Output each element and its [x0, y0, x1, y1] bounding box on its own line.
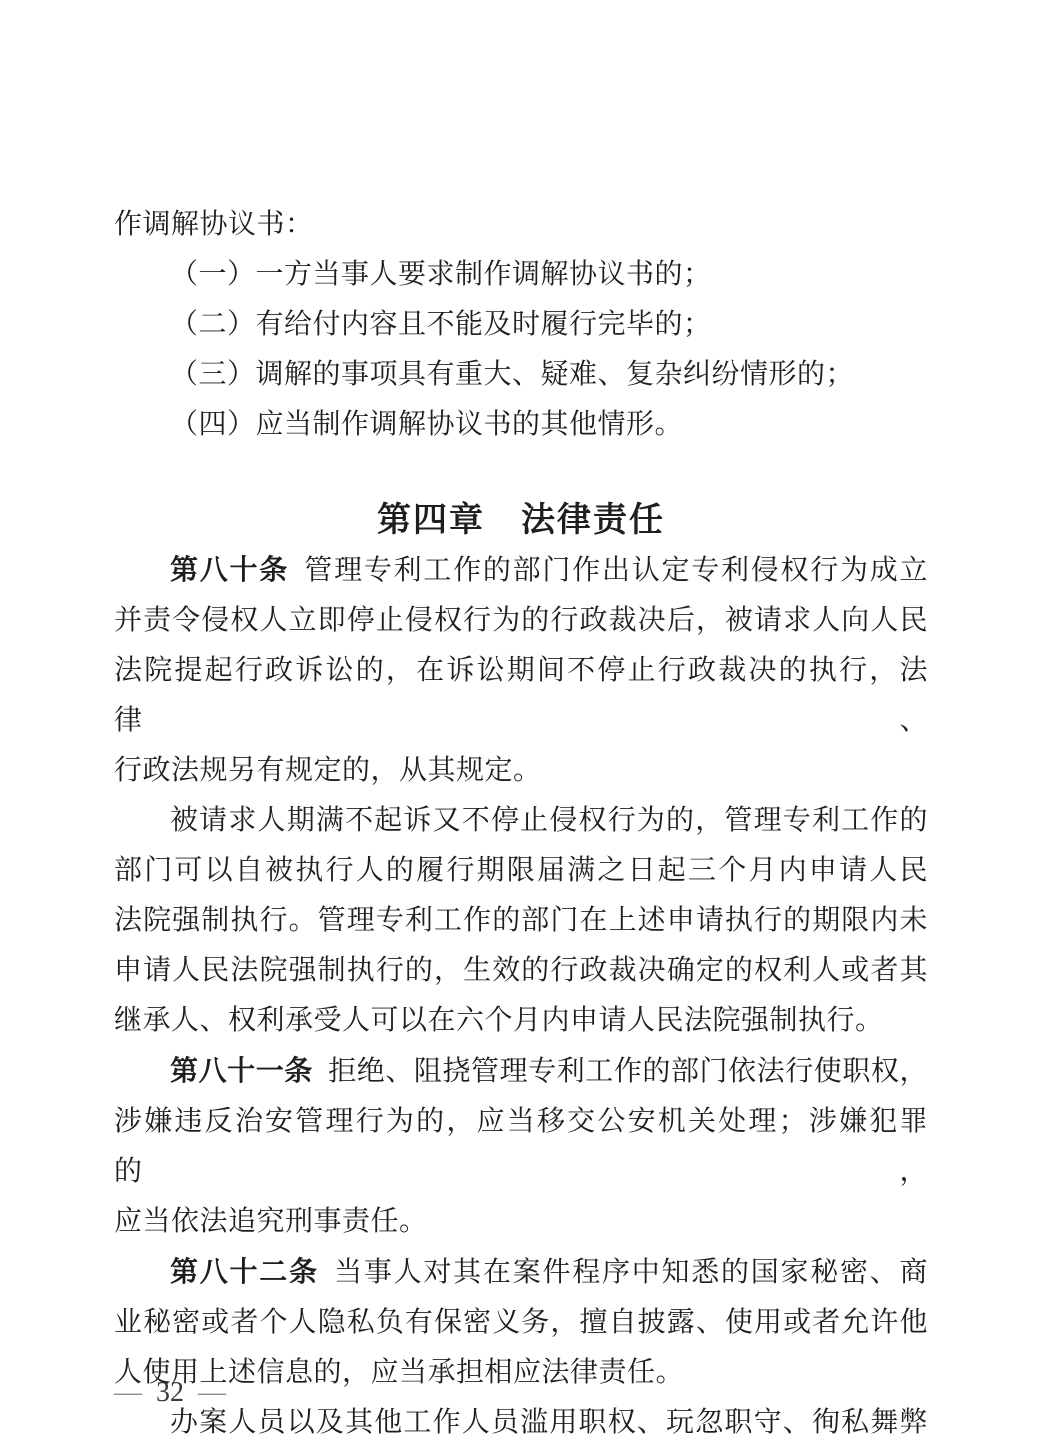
article-81-line-2: 涉嫌违反治安管理行为的，应当移交公安机关处理；涉嫌犯罪的，	[114, 1097, 928, 1197]
article-80-p1-line-3: 法院提起行政诉讼的，在诉讼期间不停止行政裁决的执行，法律、	[114, 646, 928, 746]
list-item-2: （二）有给付内容且不能及时履行完毕的；	[114, 300, 928, 350]
article-80-p1-text: 管理专利工作的部门作出认定专利侵权行为成立	[304, 555, 928, 586]
article-82-p1-line-1: 第八十二条当事人对其在案件程序中知悉的国家秘密、商	[114, 1247, 928, 1298]
article-80-p2-line-2: 部门可以自被执行人的履行期限届满之日起三个月内申请人民	[114, 846, 928, 896]
chapter-heading: 第四章 法律责任	[114, 495, 928, 545]
article-81-number: 第八十一条	[170, 1055, 313, 1086]
footer-dash-right: —	[198, 1377, 226, 1408]
article-82-p1-line-3: 人使用上述信息的，应当承担相应法律责任。	[114, 1348, 928, 1398]
article-80-p1-line-1: 第八十条管理专利工作的部门作出认定专利侵权行为成立	[114, 545, 928, 596]
article-81-line-3: 应当依法追究刑事责任。	[114, 1197, 928, 1247]
article-80-p2-line-3: 法院强制执行。管理专利工作的部门在上述申请执行的期限内未	[114, 896, 928, 946]
article-80-p1-line-4: 行政法规另有规定的，从其规定。	[114, 746, 928, 796]
article-82-p2-line-1: 办案人员以及其他工作人员滥用职权、玩忽职守、徇私舞弊	[114, 1398, 928, 1447]
article-80-p2-line-1: 被请求人期满不起诉又不停止侵权行为的，管理专利工作的	[114, 796, 928, 846]
page-footer: —32—	[114, 1368, 226, 1418]
article-80-p2-line-4: 申请人民法院强制执行的，生效的行政裁决确定的权利人或者其	[114, 946, 928, 996]
article-81-text: 拒绝、阻挠管理专利工作的部门依法行使职权，	[328, 1056, 928, 1087]
list-item-1: （一）一方当事人要求制作调解协议书的；	[114, 250, 928, 300]
article-80-p2-line-5: 继承人、权利承受人可以在六个月内申请人民法院强制执行。	[114, 996, 928, 1046]
list-item-3: （三）调解的事项具有重大、疑难、复杂纠纷情形的；	[114, 350, 928, 400]
document-body: 作调解协议书： （一）一方当事人要求制作调解协议书的； （二）有给付内容且不能及…	[114, 200, 928, 1447]
carryover-line: 作调解协议书：	[114, 200, 928, 250]
document-page: 作调解协议书： （一）一方当事人要求制作调解协议书的； （二）有给付内容且不能及…	[0, 0, 1052, 1447]
list-item-4: （四）应当制作调解协议书的其他情形。	[114, 400, 928, 450]
page-number: 32	[156, 1377, 184, 1408]
article-80-p1-line-2: 并责令侵权人立即停止侵权行为的行政裁决后，被请求人向人民	[114, 596, 928, 646]
article-82-number: 第八十二条	[170, 1256, 319, 1287]
article-82-p1-text: 当事人对其在案件程序中知悉的国家秘密、商	[334, 1257, 928, 1288]
article-80-number: 第八十条	[170, 554, 289, 585]
article-81-line-1: 第八十一条拒绝、阻挠管理专利工作的部门依法行使职权，	[114, 1046, 928, 1097]
article-82-p1-line-2: 业秘密或者个人隐私负有保密义务，擅自披露、使用或者允许他	[114, 1298, 928, 1348]
footer-dash-left: —	[114, 1377, 142, 1408]
